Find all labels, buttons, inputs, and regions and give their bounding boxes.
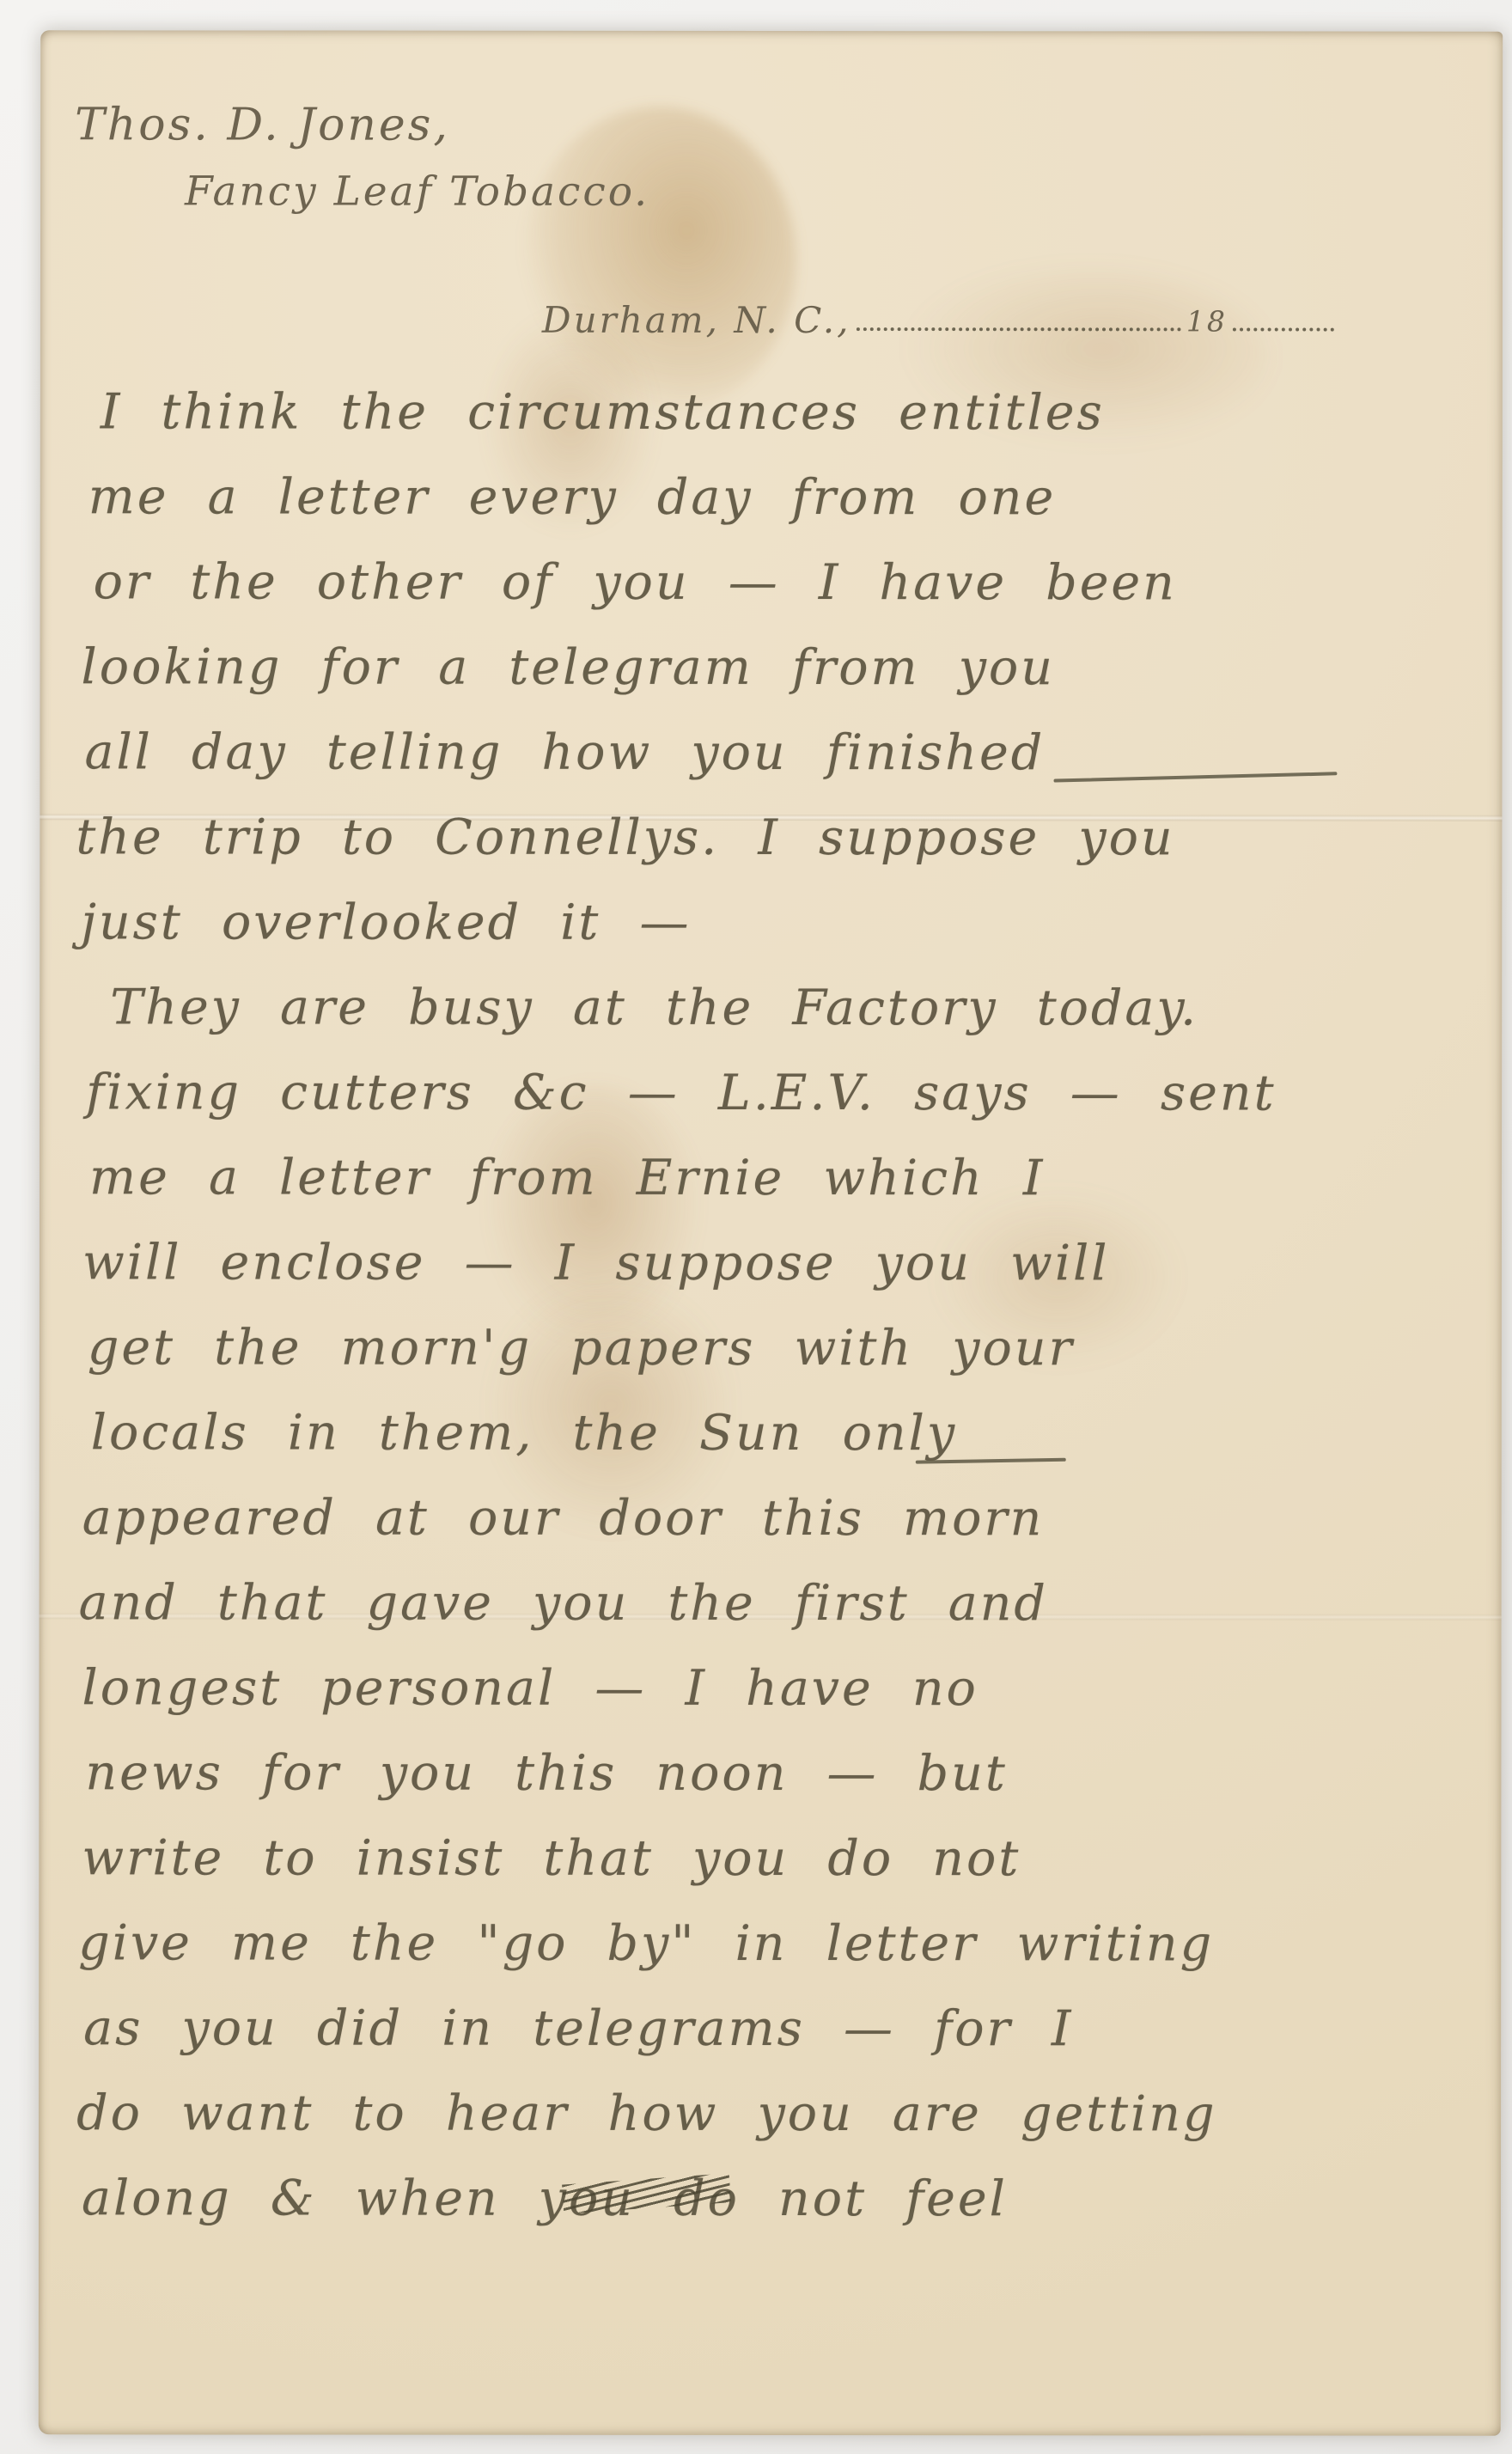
dateline: Durham, N. C., 18 <box>542 299 1339 342</box>
handwriting-line: me a letter every day from one <box>40 457 1503 543</box>
handwriting-line: just overlooked it — <box>40 882 1502 968</box>
handwriting-line: and that gave you the first and <box>40 1563 1502 1649</box>
handwriting-line: or the other of you — I have been <box>40 542 1503 628</box>
handwriting-line: I think the circumstances entitles <box>40 372 1503 458</box>
handwriting-line: fixing cutters &c — L.E.V. says — sent <box>40 1053 1502 1138</box>
dateline-place: Durham, N. C., <box>542 299 851 341</box>
dateline-dotted-rule-short <box>1233 327 1334 331</box>
handwriting-line: along & when you do not feel <box>39 2158 1501 2244</box>
handwriting-line: all day telling how you finished <box>40 712 1502 798</box>
handwriting-line: They are busy at the Factory today. <box>40 968 1502 1053</box>
handwriting-line: write to insist that you do not <box>39 1818 1501 1904</box>
letterhead-business: Fancy Leaf Tobacco. <box>185 168 649 215</box>
handwriting-line: locals in them, the Sun only <box>40 1393 1502 1479</box>
handwriting-line: do want to hear how you are getting <box>39 2073 1501 2159</box>
dateline-dotted-rule <box>856 327 1180 331</box>
handwriting-line: give me the "go by" in letter writing <box>39 1903 1501 1989</box>
handwriting-line: appeared at our door this morn <box>40 1478 1502 1564</box>
handwriting-line: looking for a telegram from you <box>40 627 1503 713</box>
stain-blotch <box>521 107 796 416</box>
handwriting-line: me a letter from Ernie which I <box>40 1138 1502 1224</box>
handwriting-line: will enclose — I suppose you will <box>40 1223 1502 1309</box>
scanned-letter: Thos. D. Jones, Fancy Leaf Tobacco. Durh… <box>0 0 1512 2454</box>
letter-paper: Thos. D. Jones, Fancy Leaf Tobacco. Durh… <box>39 30 1503 2435</box>
dateline-year-prefix: 18 <box>1186 304 1228 341</box>
handwriting-line: as you did in telegrams — for I <box>39 1988 1501 2074</box>
letter-body: I think the circumstances entitles me a … <box>39 372 1503 2244</box>
handwriting-line: news for you this noon — but <box>39 1733 1501 1819</box>
handwriting-line: get the morn'g papers with your <box>40 1308 1502 1394</box>
handwriting-line: longest personal — I have no <box>39 1648 1501 1734</box>
handwriting-line: the trip to Connellys. I suppose you <box>40 797 1502 883</box>
letterhead-name: Thos. D. Jones, <box>75 99 450 150</box>
